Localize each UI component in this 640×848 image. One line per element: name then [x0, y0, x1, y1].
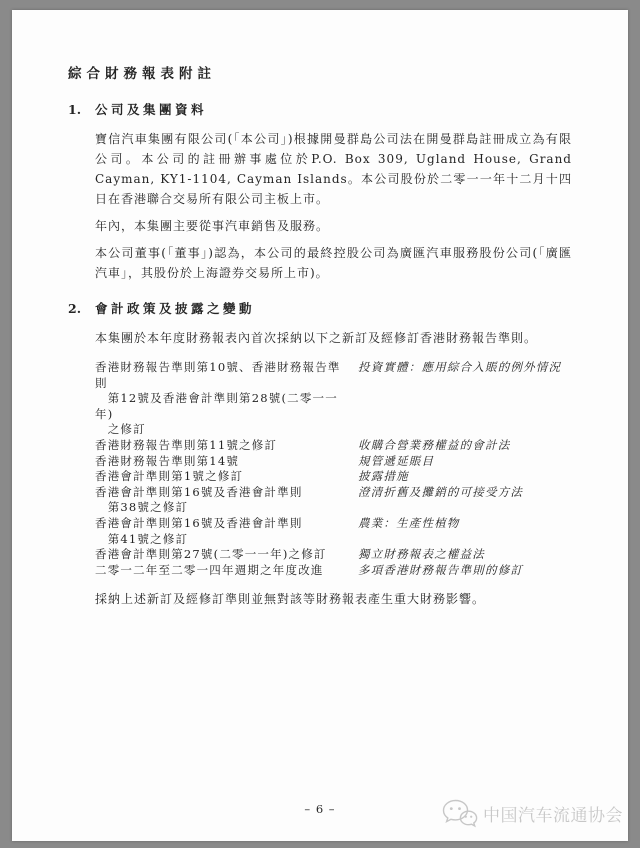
wechat-logo-icon — [442, 799, 478, 828]
standard-description: 澄清折舊及攤銷的可接受方法 — [358, 485, 572, 501]
standards-table-row: 二零一二年至二零一四年週期之年度改進多項香港財務報告準則的修訂 — [95, 563, 572, 579]
standards-table-row: 香港會計準則第16號及香港會計準則 第41號之修訂農業：生產性植物 — [95, 516, 572, 547]
standard-name: 香港財務報告準則第11號之修訂 — [95, 438, 358, 454]
section-heading: 公司及集團資料 — [95, 101, 207, 119]
paragraph-standards-closing: 採納上述新訂及經修訂準則並無對該等財務報表產生重大財務影響。 — [95, 589, 572, 609]
paragraph-standards-intro: 本集團於本年度財務報表內首次採納以下之新訂及經修訂香港財務報告準則。 — [95, 328, 572, 348]
section-company-info: 1. 公司及集團資料 寶信汽車集團有限公司(「本公司」)根據開曼群島公司法在開曼… — [68, 101, 572, 283]
standards-table-row: 香港會計準則第27號(二零一一年)之修訂獨立財務報表之權益法 — [95, 547, 572, 563]
watermark: 中国汽车流通协会 — [442, 799, 623, 828]
standards-table: 香港財務報告準則第10號、香港財務報告準則 第12號及香港會計準則第28號(二零… — [95, 360, 572, 578]
standard-description: 收購合營業務權益的會計法 — [358, 438, 572, 454]
standard-description: 披露措施 — [358, 469, 572, 485]
page-content: 綜合財務報表附註 1. 公司及集團資料 寶信汽車集團有限公司(「本公司」)根據開… — [12, 10, 628, 609]
paragraph-incorporation: 寶信汽車集團有限公司(「本公司」)根據開曼群島公司法在開曼群島註冊成立為有限公司… — [95, 129, 572, 209]
standard-name: 香港財務報告準則第10號、香港財務報告準則 第12號及香港會計準則第28號(二零… — [95, 360, 358, 438]
page-title: 綜合財務報表附註 — [68, 64, 572, 84]
standard-description: 規管遞延賬目 — [358, 454, 572, 470]
standard-description: 多項香港財務報告準則的修訂 — [358, 563, 572, 579]
standard-description: 投資實體：應用綜合入賬的例外情況 — [358, 360, 572, 376]
watermark-text: 中国汽车流通协会 — [483, 801, 623, 826]
standard-name: 二零一二年至二零一四年週期之年度改進 — [95, 563, 358, 579]
section-accounting-policies: 2. 會計政策及披露之變動 本集團於本年度財務報表內首次採納以下之新訂及經修訂香… — [68, 300, 572, 609]
standard-name: 香港會計準則第16號及香港會計準則 第38號之修訂 — [95, 485, 358, 516]
standard-name: 香港會計準則第1號之修訂 — [95, 469, 358, 485]
standard-name: 香港會計準則第27號(二零一一年)之修訂 — [95, 547, 358, 563]
standards-table-row: 香港財務報告準則第11號之修訂收購合營業務權益的會計法 — [95, 438, 572, 454]
standard-description: 農業：生產性植物 — [358, 516, 572, 532]
standard-name: 香港會計準則第16號及香港會計準則 第41號之修訂 — [95, 516, 358, 547]
standards-table-row: 香港財務報告準則第10號、香港財務報告準則 第12號及香港會計準則第28號(二零… — [95, 360, 572, 438]
section-heading: 會計政策及披露之變動 — [95, 300, 255, 318]
standard-description: 獨立財務報表之權益法 — [358, 547, 572, 563]
standards-table-row: 香港會計準則第16號及香港會計準則 第38號之修訂澄清折舊及攤銷的可接受方法 — [95, 485, 572, 516]
standards-table-row: 香港會計準則第1號之修訂披露措施 — [95, 469, 572, 485]
document-page: 綜合財務報表附註 1. 公司及集團資料 寶信汽車集團有限公司(「本公司」)根據開… — [12, 10, 628, 841]
paragraph-holding-company: 本公司董事(「董事」)認為，本公司的最終控股公司為廣匯汽車服務股份公司(「廣匯汽… — [95, 243, 572, 283]
paragraph-principal-activity: 年內，本集團主要從事汽車銷售及服務。 — [95, 216, 572, 236]
standards-table-row: 香港財務報告準則第14號規管遞延賬目 — [95, 454, 572, 470]
section-number: 2. — [68, 300, 95, 318]
standard-name: 香港財務報告準則第14號 — [95, 454, 358, 470]
section-heading-row: 1. 公司及集團資料 — [68, 101, 572, 119]
section-number: 1. — [68, 101, 95, 119]
section-heading-row: 2. 會計政策及披露之變動 — [68, 300, 572, 318]
